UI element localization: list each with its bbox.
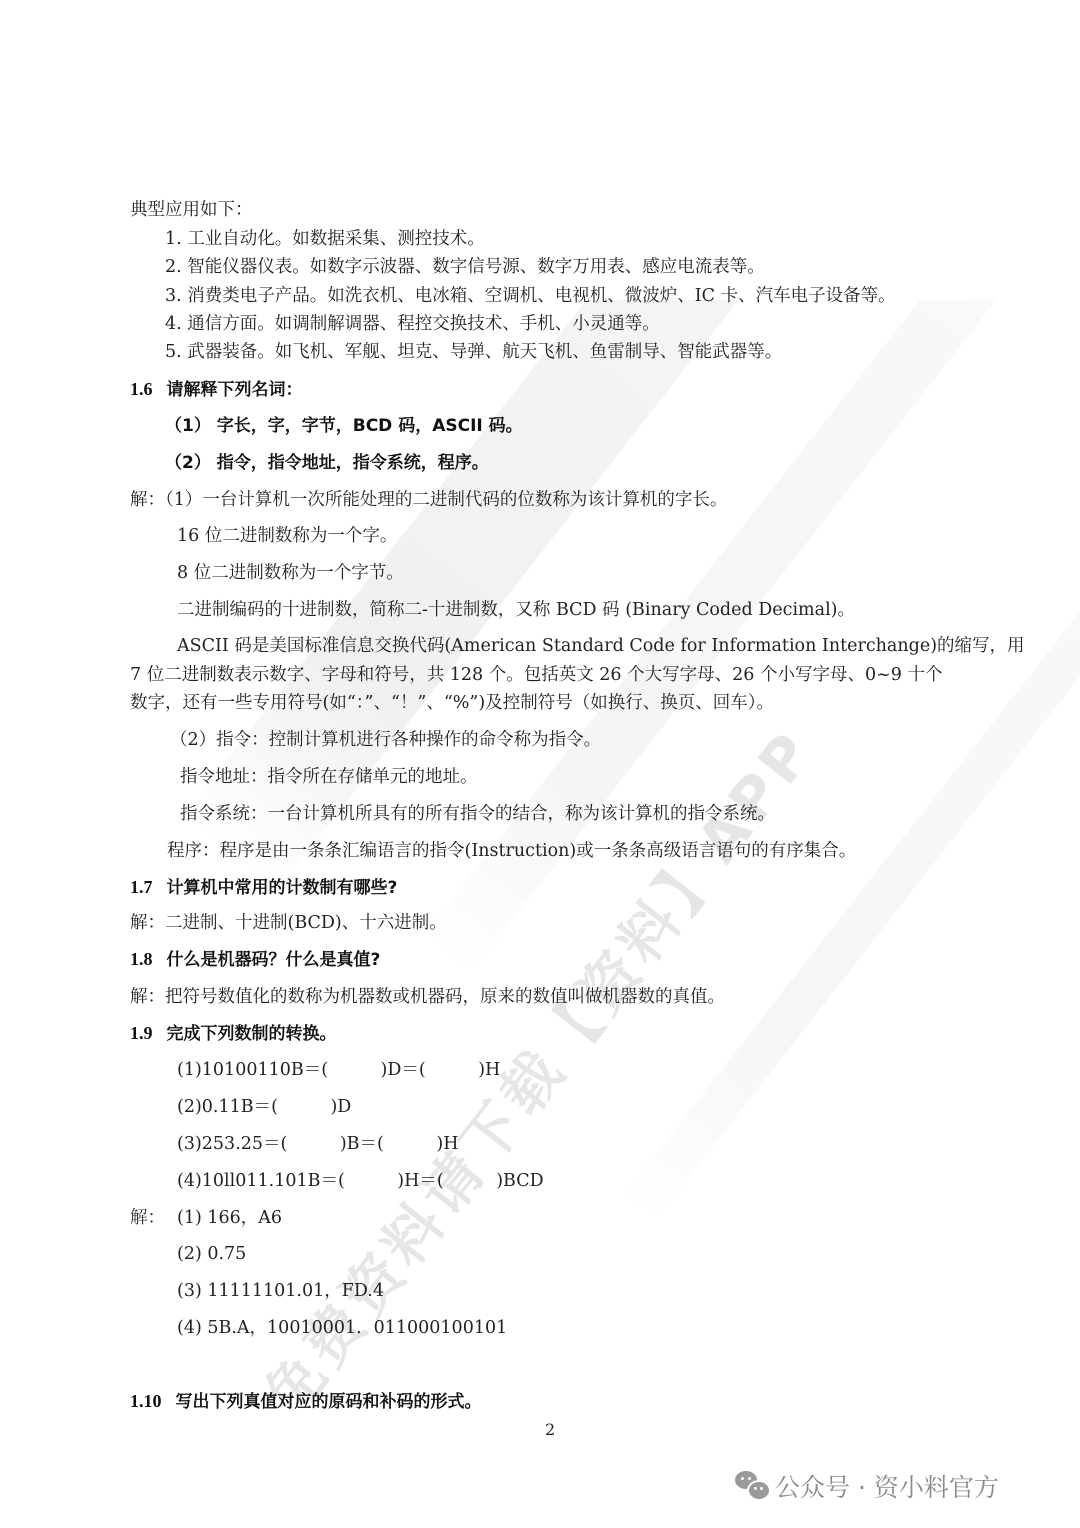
answer-line: 7 位二进制数表示数字、字母和符号，共 128 个。包括英文 26 个大写字母、… <box>130 664 942 686</box>
question-heading-1-9: 1.9完成下列数制的转换。 <box>130 1022 337 1045</box>
question-title: 请解释下列名词： <box>167 380 303 400</box>
answer-line: 程序：程序是由一条条汇编语言的指令(Instruction)或一条条高级语言语句… <box>167 840 856 862</box>
question-title: 写出下列真值对应的原码和补码的形式。 <box>176 1392 482 1412</box>
question-subitem: （1） 字长，字，字节，BCD 码，ASCII 码。 <box>165 415 523 437</box>
footer-label: 公众号 · 资小料官方 <box>775 1468 999 1504</box>
footer-account-label: 公众号 · 资小料官方 <box>735 1468 999 1504</box>
list-item: 3. 消费类电子产品。如洗衣机、电冰箱、空调机、电视机、微波炉、IC 卡、汽车电… <box>165 285 896 307</box>
conversion-item: (4)10ll011.101B＝( )H＝( )BCD <box>177 1170 544 1192</box>
list-item: 5. 武器装备。如飞机、军舰、坦克、导弹、航天飞机、鱼雷制导、智能武器等。 <box>165 341 782 363</box>
question-number: 1.7 <box>130 877 153 897</box>
question-number: 1.10 <box>130 1391 162 1411</box>
answer-line: 16 位二进制数称为一个字。 <box>177 525 397 547</box>
question-title: 什么是机器码？什么是真值? <box>167 950 381 970</box>
answer-line: ASCII 码是美国标准信息交换代码(American Standard Cod… <box>177 635 1025 657</box>
answer-line: 二进制编码的十进制数，简称二-十进制数，又称 BCD 码 (Binary Cod… <box>177 599 855 621</box>
wechat-icon <box>735 1471 769 1501</box>
answer-line: 指令系统：一台计算机所具有的所有指令的结合，称为该计算机的指令系统。 <box>180 803 775 825</box>
answer-line: 指令地址：指令所在存储单元的地址。 <box>180 766 478 788</box>
list-item: 2. 智能仪器仪表。如数字示波器、数字信号源、数字万用表、感应电流表等。 <box>165 256 765 278</box>
question-heading-1-6: 1.6请解释下列名词： <box>130 378 303 401</box>
question-number: 1.9 <box>130 1023 153 1043</box>
answer-label: 解： <box>130 1207 165 1229</box>
question-heading-1-8: 1.8什么是机器码？什么是真值? <box>130 948 380 971</box>
answer-line: (1) 166，A6 <box>177 1207 282 1229</box>
answer-line: （2）指令：控制计算机进行各种操作的命令称为指令。 <box>170 729 601 751</box>
question-heading-1-7: 1.7计算机中常用的计数制有哪些? <box>130 876 397 899</box>
list-item: 1. 工业自动化。如数据采集、测控技术。 <box>165 228 485 250</box>
answer-line: 数字，还有一些专用符号(如“：”、“！”、“%”)及控制符号（如换行、换页、回车… <box>130 692 774 714</box>
answer-line: (4) 5B.A，10010001．011000100101 <box>177 1317 507 1339</box>
list-item: 4. 通信方面。如调制解调器、程控交换技术、手机、小灵通等。 <box>165 313 660 335</box>
question-title: 计算机中常用的计数制有哪些? <box>167 878 398 898</box>
answer-line: (2) 0.75 <box>177 1243 246 1265</box>
answer-line: 解：把符号数值化的数称为机器数或机器码，原来的数值叫做机器数的真值。 <box>130 986 725 1008</box>
answer-line: 解：（1）一台计算机一次所能处理的二进制代码的位数称为该计算机的字长。 <box>130 489 727 511</box>
question-number: 1.8 <box>130 949 153 969</box>
answer-line: 8 位二进制数称为一个字节。 <box>177 562 404 584</box>
conversion-item: (3)253.25＝( )B＝( )H <box>177 1133 458 1155</box>
question-heading-1-10: 1.10写出下列真值对应的原码和补码的形式。 <box>130 1390 482 1413</box>
question-title: 完成下列数制的转换。 <box>167 1024 337 1044</box>
answer-line: 解：二进制、十进制(BCD)、十六进制。 <box>130 912 447 934</box>
intro-label: 典型应用如下： <box>130 199 253 221</box>
page-number: 2 <box>545 1420 555 1439</box>
answer-line: (3) 11111101.01，FD.4 <box>177 1280 384 1302</box>
question-subitem: （2） 指令，指令地址，指令系统，程序。 <box>165 452 489 474</box>
conversion-item: (2)0.11B＝( )D <box>177 1096 351 1118</box>
question-number: 1.6 <box>130 379 153 399</box>
watermark-band <box>620 333 1080 1224</box>
conversion-item: (1)10100110B＝( )D＝( )H <box>177 1059 500 1081</box>
